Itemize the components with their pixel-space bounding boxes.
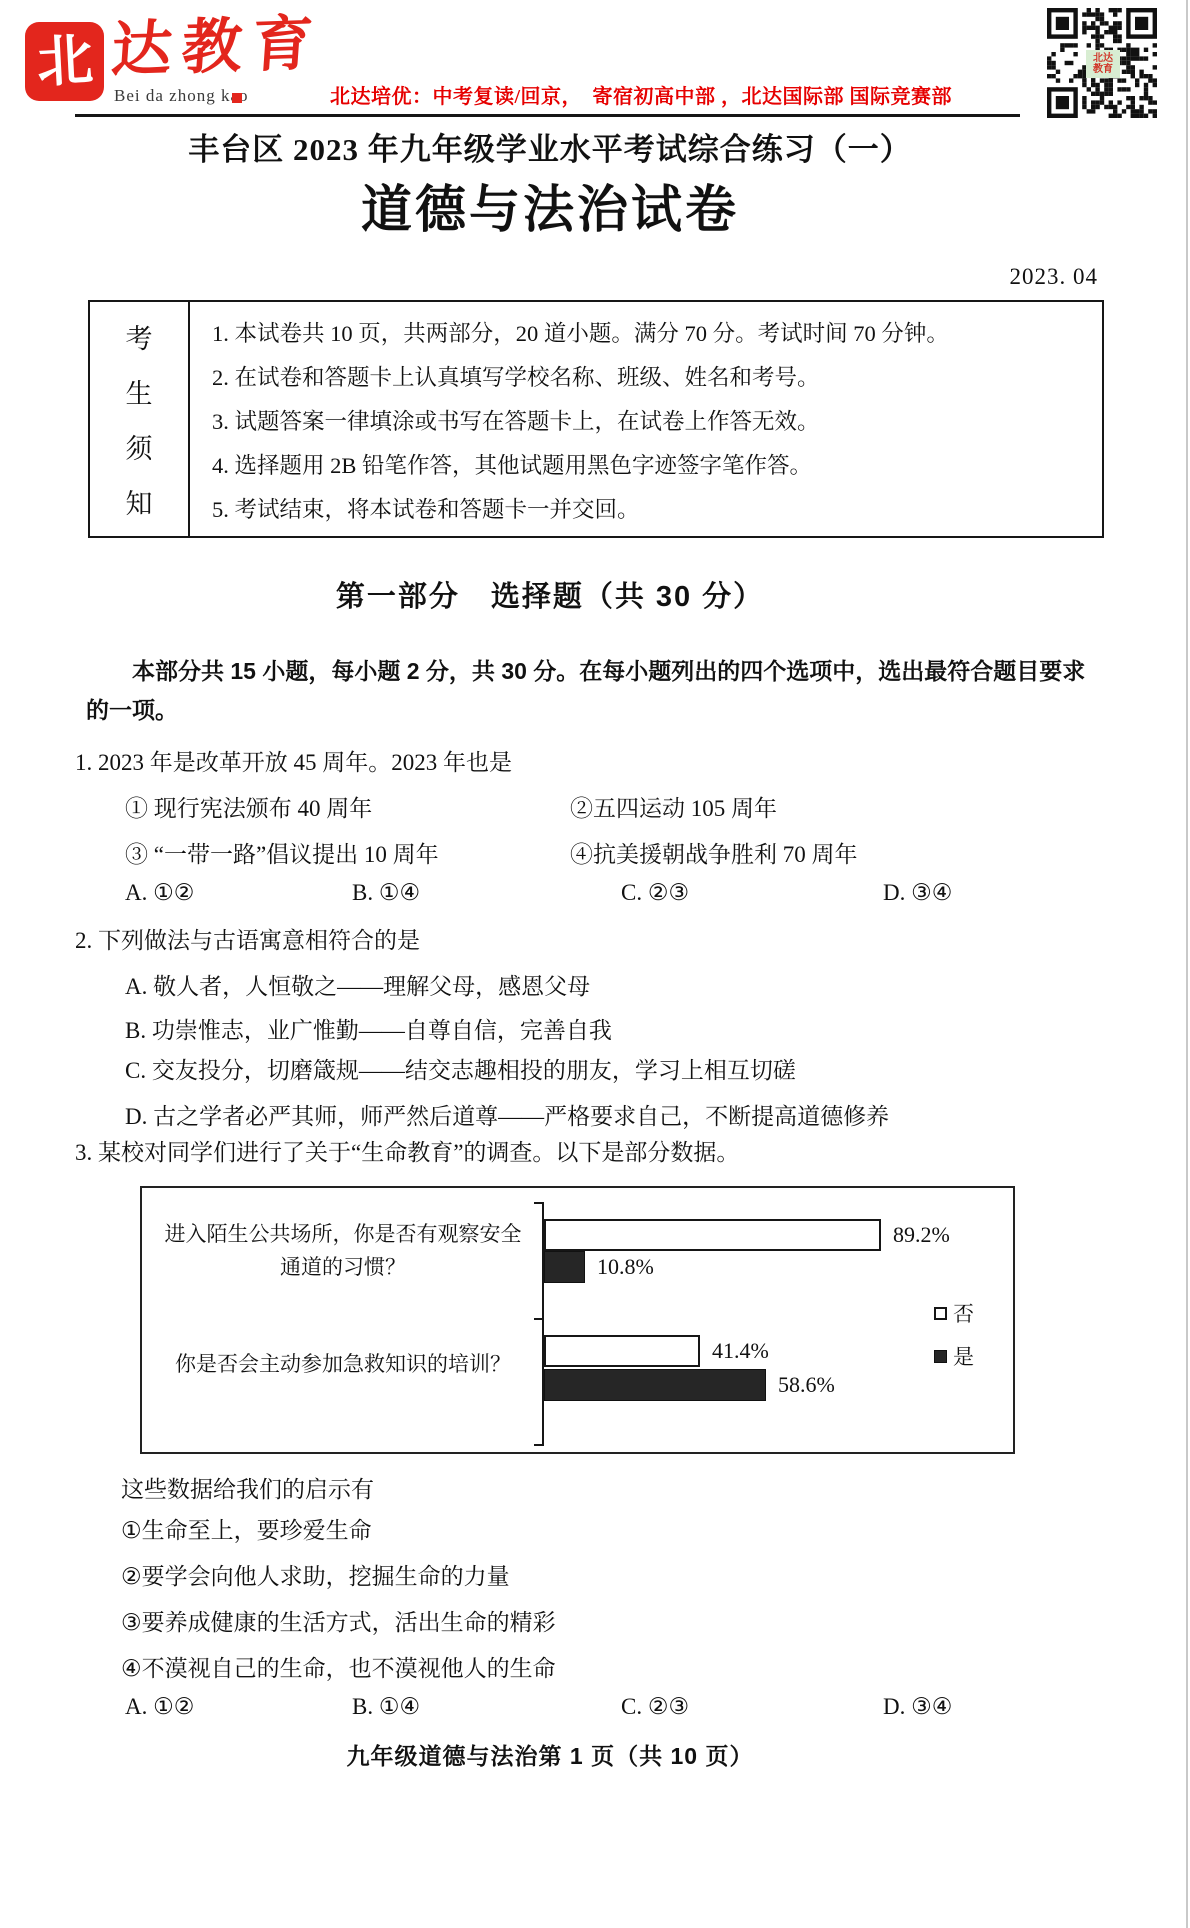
insight-statement: ④不漠视自己的生命，也不漠视他人的生命 [121, 1650, 556, 1683]
question-1-option-row: ③ “一带一路”倡议提出 10 周年 ④抗美援朝战争胜利 70 周年 [75, 836, 1105, 869]
brand-name: 达教育 [109, 10, 324, 83]
question-1-choices: A. ①② B. ①④ C. ②③ D. ③④ [75, 880, 1105, 914]
bar-row: 58.6% [544, 1369, 835, 1401]
header: 北 达教育 Bei da zhong kao 北达培优：中考复读/回京， 寄宿初… [0, 0, 1190, 118]
chart-bar-no [544, 1335, 700, 1367]
notice-box: 考 生 须 知 1. 本试卷共 10 页，共两部分，20 道小题。满分 70 分… [88, 300, 1104, 538]
exam-date: 2023. 04 [1010, 264, 1099, 290]
choice: D. ③④ [883, 880, 952, 906]
notice-item: 1. 本试卷共 10 页，共两部分，20 道小题。满分 70 分。考试时间 70… [212, 312, 1096, 356]
page-footer: 九年级道德与法治第 1 页（共 10 页） [0, 1738, 1100, 1771]
notice-side-char: 知 [126, 482, 153, 521]
legend-swatch-yes-icon [934, 1350, 947, 1363]
chart-bar-no [544, 1219, 881, 1251]
question-3-stem: 3. 某校对同学们进行了关于“生命教育”的调查。以下是部分数据。 [75, 1134, 739, 1167]
chart-category-label: 你是否会主动参加急救知识的培训？ [160, 1348, 526, 1381]
bar-row: 89.2% [544, 1219, 950, 1251]
axis-tick [534, 1444, 543, 1446]
section-heading: 第一部分 选择题（共 30 分） [0, 574, 1100, 615]
notice-item: 4. 选择题用 2B 铅笔作答，其他试题用黑色字迹签字笔作答。 [212, 444, 1096, 488]
insight-statement: ①生命至上，要珍爱生命 [121, 1512, 372, 1545]
choice: B. ①④ [352, 1694, 420, 1720]
insight-statement: ②要学会向他人求助，挖掘生命的力量 [121, 1558, 510, 1591]
brand-dot-icon [232, 93, 242, 103]
question-1-option: ④抗美援朝战争胜利 70 周年 [570, 836, 1105, 869]
notice-item: 2. 在试卷和答题卡上认真填写学校名称、班级、姓名和考号。 [212, 356, 1096, 400]
choice: B. ①④ [352, 880, 420, 906]
question-1-option: ②五四运动 105 周年 [570, 790, 1105, 823]
notice-item: 3. 试题答案一律填涂或书写在答题卡上，在试卷上作答无效。 [212, 400, 1096, 444]
header-slogan: 北达培优：中考复读/回京， 寄宿初高中部 ，北达国际部 国际竞赛部 [330, 80, 1010, 109]
question-2-option: B. 功崇惟志，业广惟勤——自尊自信，完善自我 [125, 1012, 612, 1045]
question-1-option: ③ “一带一路”倡议提出 10 周年 [75, 836, 570, 869]
question-2-option: D. 古之学者必严其师，师严然后道尊——严格要求自己，不断提高道德修养 [125, 1098, 889, 1131]
chart-category-label: 进入陌生公共场所，你是否有观察安全通道的习惯？ [160, 1218, 526, 1284]
chart-bar-yes [544, 1369, 766, 1401]
notice-side-char: 考 [126, 317, 153, 356]
bar-row: 10.8% [544, 1251, 654, 1283]
bar-row: 41.4% [544, 1335, 769, 1367]
legend-entry-yes: 是 [934, 1341, 974, 1371]
exam-paper-page: 北 达教育 Bei da zhong kao 北达培优：中考复读/回京， 寄宿初… [0, 0, 1190, 1928]
choice: C. ②③ [621, 1694, 689, 1720]
qr-label-line2: 教育 [1093, 64, 1113, 75]
seal-character: 北 [35, 32, 94, 91]
qr-code-icon: 北达 教育 [1047, 8, 1157, 118]
notice-side-char: 生 [126, 372, 153, 411]
logo-seal-icon: 北 [25, 22, 104, 101]
brand-subtitle: Bei da zhong kao [114, 86, 249, 106]
chart-bar-yes [544, 1251, 585, 1283]
qr-label-line1: 北达 [1093, 53, 1113, 64]
question-2-stem: 2. 下列做法与古语寓意相符合的是 [75, 922, 420, 955]
insight-statement: ③要养成健康的生活方式，活出生命的精彩 [121, 1604, 556, 1637]
choice: C. ②③ [621, 880, 689, 906]
legend-label: 否 [953, 1298, 974, 1328]
qr-center-label: 北达 教育 [1086, 50, 1120, 78]
choice: A. ①② [125, 1694, 194, 1720]
insight-intro: 这些数据给我们的启示有 [121, 1471, 374, 1504]
question-1-option: ① 现行宪法颁布 40 周年 [75, 790, 570, 823]
axis-tick [534, 1202, 543, 1204]
section-intro: 本部分共 15 小题，每小题 2 分，共 30 分。在每小题列出的四个选项中，选… [86, 652, 1108, 730]
chart-value-label: 89.2% [893, 1222, 950, 1248]
question-3-choices: A. ①② B. ①④ C. ②③ D. ③④ [75, 1694, 1105, 1728]
question-2-option: C. 交友投分，切磨箴规——结交志趣相投的朋友，学习上相互切磋 [125, 1052, 796, 1085]
notice-item: 5. 考试结束，将本试卷和答题卡一并交回。 [212, 488, 1096, 532]
legend-label: 是 [953, 1341, 974, 1371]
notice-side-char: 须 [126, 427, 153, 466]
axis-tick [534, 1318, 543, 1320]
subject-title: 道德与法治试卷 [0, 168, 1100, 242]
chart-legend: 否 是 [934, 1298, 974, 1371]
chart-value-label: 41.4% [712, 1338, 769, 1364]
question-2-option: A. 敬人者，人恒敬之——理解父母，感恩父母 [125, 968, 590, 1001]
notice-items: 1. 本试卷共 10 页，共两部分，20 道小题。满分 70 分。考试时间 70… [190, 302, 1102, 536]
legend-entry-no: 否 [934, 1298, 974, 1328]
chart-value-label: 10.8% [597, 1254, 654, 1280]
exam-title: 丰台区 2023 年九年级学业水平考试综合练习（一） [0, 124, 1100, 169]
header-divider [75, 114, 1020, 117]
survey-bar-chart: 进入陌生公共场所，你是否有观察安全通道的习惯？ 你是否会主动参加急救知识的培训？… [140, 1186, 1015, 1454]
question-1-option-row: ① 现行宪法颁布 40 周年 ②五四运动 105 周年 [75, 790, 1105, 823]
choice: A. ①② [125, 880, 194, 906]
notice-side-label: 考 生 须 知 [90, 302, 190, 536]
legend-swatch-no-icon [934, 1307, 947, 1320]
chart-value-label: 58.6% [778, 1372, 835, 1398]
question-1-stem: 1. 2023 年是改革开放 45 周年。2023 年也是 [75, 744, 512, 777]
scan-edge-line [1186, 0, 1188, 1928]
choice: D. ③④ [883, 1694, 952, 1720]
